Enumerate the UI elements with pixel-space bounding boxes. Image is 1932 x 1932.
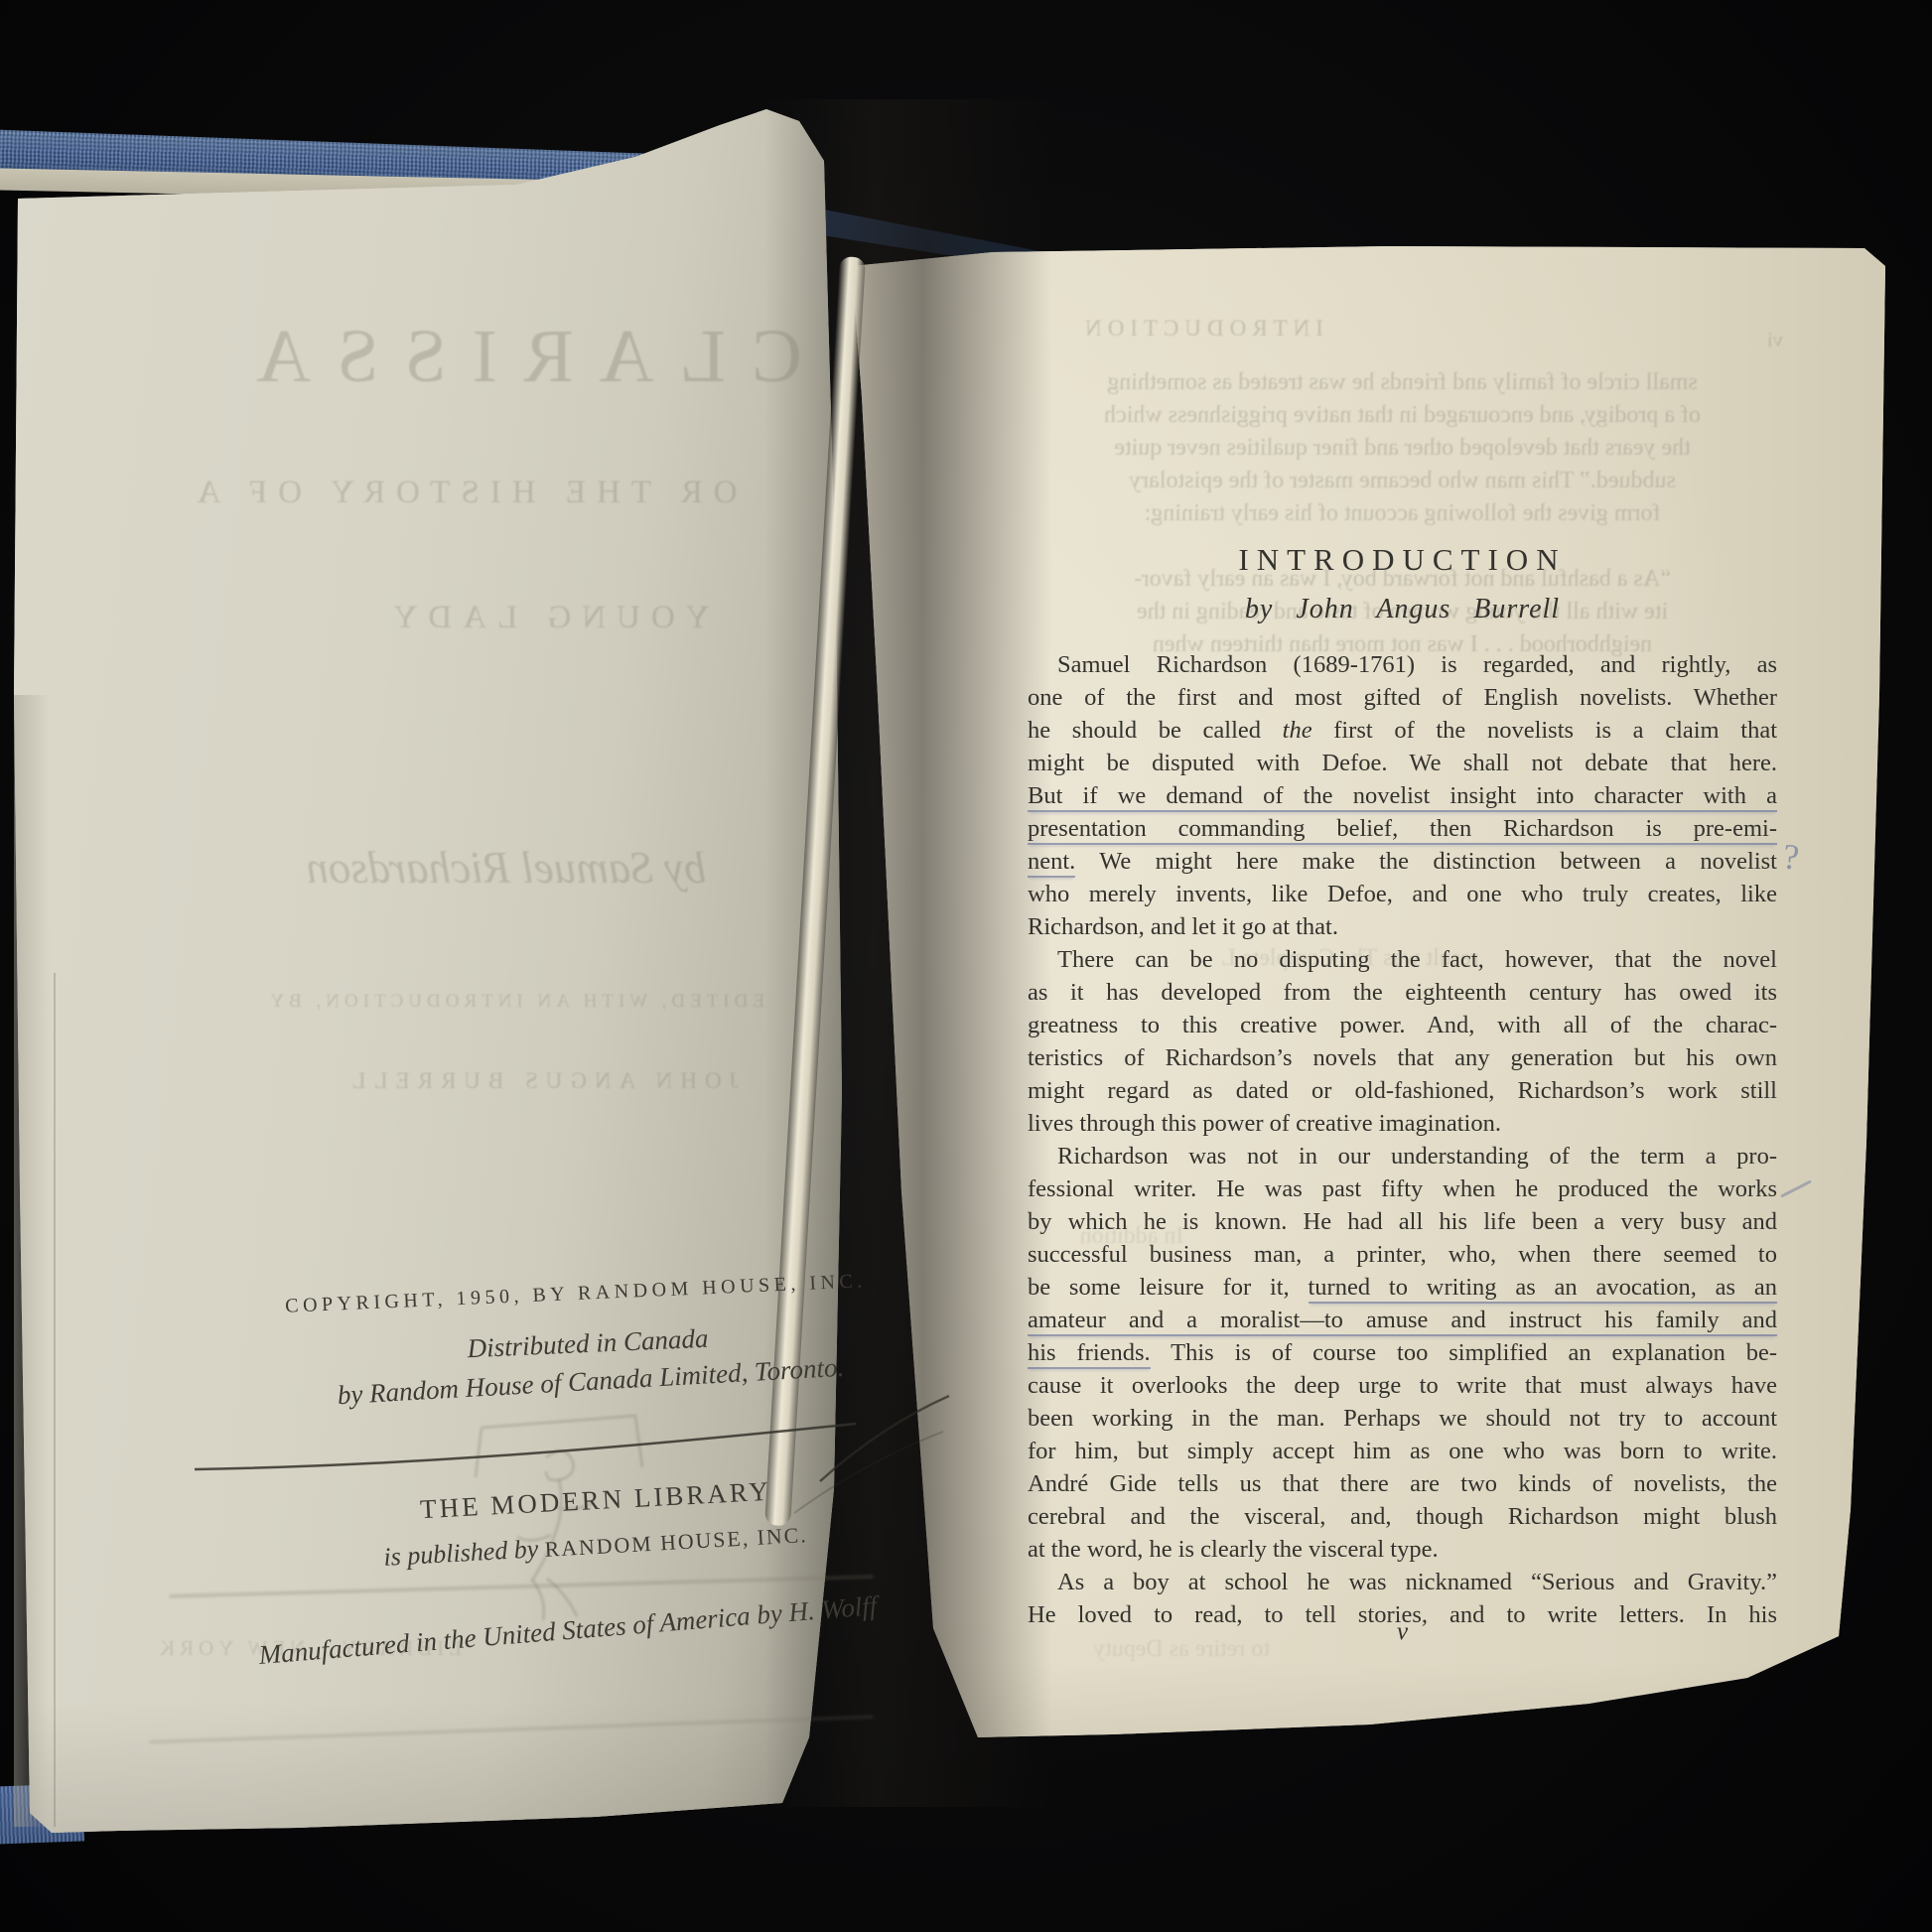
text-span: at the word, he is clearly the visceral … <box>1028 1536 1439 1563</box>
text-span: might regard as dated or old-fashioned, … <box>1028 1077 1777 1104</box>
text-span: been working in the man. Perhaps we shou… <box>1028 1405 1777 1432</box>
introduction-text: Samuel Richardson (1689-1761) is regarde… <box>1028 536 1777 1708</box>
body-line: André Gide tells us that there are two k… <box>1028 1470 1777 1503</box>
text-span: André Gide tells us that there are two k… <box>1028 1470 1777 1497</box>
body-line: one of the first and most gifted of Engl… <box>1028 684 1777 717</box>
body-line: nent. We might here make the distinction… <box>1028 848 1777 881</box>
pencil-underlined-text: his friends. <box>1028 1339 1151 1369</box>
text-span: This is of course too simplified an expl… <box>1151 1339 1777 1366</box>
body-line: who merely invents, like Defoe, and one … <box>1028 881 1777 913</box>
text-span: might be disputed with Defoe. We shall n… <box>1028 750 1777 776</box>
body-line: cerebral and the visceral, and, though R… <box>1028 1503 1777 1536</box>
body-line: by which he is known. He had all his lif… <box>1028 1208 1777 1241</box>
body-line: Richardson was not in our understanding … <box>1028 1143 1777 1175</box>
text-span: fessional writer. He was past fifty when… <box>1028 1175 1777 1202</box>
text-span: Richardson, and let it go at that. <box>1028 913 1338 940</box>
body-line: amateur and a moralist—to amuse and inst… <box>1028 1307 1777 1339</box>
body-line: As a boy at school he was nicknamed “Ser… <box>1028 1569 1777 1601</box>
text-span: first of the novelists is a claim that <box>1312 717 1777 744</box>
body-line: teristics of Richardson’s novels that an… <box>1028 1044 1777 1077</box>
body-line: Richardson, and let it go at that. <box>1028 913 1777 946</box>
body-line: cause it overlooks the deep urge to writ… <box>1028 1372 1777 1405</box>
text-span: greatness to this creative power. And, w… <box>1028 1012 1777 1038</box>
body-line: lives through this power of creative ima… <box>1028 1110 1777 1143</box>
text-span: We might here make the distinction betwe… <box>1075 848 1777 875</box>
body-line: as it has developed from the eighteenth … <box>1028 979 1777 1012</box>
page-number-folio: v <box>1028 1618 1777 1646</box>
text-span: who merely invents, like Defoe, and one … <box>1028 881 1777 907</box>
body-line: might regard as dated or old-fashioned, … <box>1028 1077 1777 1110</box>
text-span: be some leisure for it, <box>1028 1274 1309 1301</box>
body-line: presentation commanding belief, then Ric… <box>1028 815 1777 848</box>
body-line: for him, but simply accept him as one wh… <box>1028 1438 1777 1470</box>
body-line: But if we demand of the novelist insight… <box>1028 782 1777 815</box>
body-line: been working in the man. Perhaps we shou… <box>1028 1405 1777 1438</box>
bleed-ghost-line: form gives the following account of his … <box>1028 500 1777 527</box>
bleed-folio-ghost: vi <box>1745 328 1805 352</box>
text-span: by which he is known. He had all his lif… <box>1028 1208 1777 1235</box>
body-line: successful business man, a printer, who,… <box>1028 1241 1777 1274</box>
body-line: he should be called the first of the nov… <box>1028 717 1777 750</box>
text-span: one of the first and most gifted of Engl… <box>1028 684 1777 711</box>
body-line: greatness to this creative power. And, w… <box>1028 1012 1777 1044</box>
text-span: Samuel Richardson (1689-1761) is regarde… <box>1057 651 1777 678</box>
body-line: might be disputed with Defoe. We shall n… <box>1028 750 1777 782</box>
text-span: lives through this power of creative ima… <box>1028 1110 1501 1137</box>
pencil-underlined-text: presentation commanding belief, then Ric… <box>1028 815 1777 845</box>
pencil-underlined-text: But if we demand of the novelist insight… <box>1028 782 1777 812</box>
body-line: be some leisure for it, turned to writin… <box>1028 1274 1777 1307</box>
text-span: cause it overlooks the deep urge to writ… <box>1028 1372 1777 1399</box>
text-span: he should be called <box>1028 717 1283 744</box>
text-span: successful business man, a printer, who,… <box>1028 1241 1777 1268</box>
text-span: for him, but simply accept him as one wh… <box>1028 1438 1777 1464</box>
bleed-header-ghost: INTRODUCTION <box>993 316 1410 342</box>
bleed-ghost-line: small circle of family and friends he wa… <box>1028 369 1777 396</box>
bleed-ghost-line: of a prodigy, and encouraged in that nat… <box>1028 402 1777 429</box>
text-span: the <box>1283 717 1312 744</box>
pencil-underlined-text: nent. <box>1028 848 1075 878</box>
bleed-ghost-line: the years that developed other and finer… <box>1028 435 1777 462</box>
text-span: as it has developed from the eighteenth … <box>1028 979 1777 1006</box>
body-line: his friends. This is of course too simpl… <box>1028 1339 1777 1372</box>
text-span: Richardson was not in our understanding … <box>1057 1143 1777 1170</box>
body-line: fessional writer. He was past fifty when… <box>1028 1175 1777 1208</box>
bleed-ghost-line: subdued.” This man who became master of … <box>1028 468 1777 494</box>
text-span: There can be no disputing the fact, howe… <box>1057 946 1777 973</box>
book-photo: CLARISSA OR THE HISTORY OF A YOUNG LADY … <box>0 0 1932 1932</box>
pencil-underlined-text: turned to writing as an avocation, as an <box>1309 1274 1778 1304</box>
text-span: cerebral and the visceral, and, though R… <box>1028 1503 1777 1530</box>
body-line: There can be no disputing the fact, howe… <box>1028 946 1777 979</box>
body-line: Samuel Richardson (1689-1761) is regarde… <box>1028 651 1777 684</box>
body-line: at the word, he is clearly the visceral … <box>1028 1536 1777 1569</box>
text-span: teristics of Richardson’s novels that an… <box>1028 1044 1777 1071</box>
pencil-underlined-text: amateur and a moralist—to amuse and inst… <box>1028 1307 1777 1336</box>
text-span: As a boy at school he was nicknamed “Ser… <box>1057 1569 1777 1595</box>
